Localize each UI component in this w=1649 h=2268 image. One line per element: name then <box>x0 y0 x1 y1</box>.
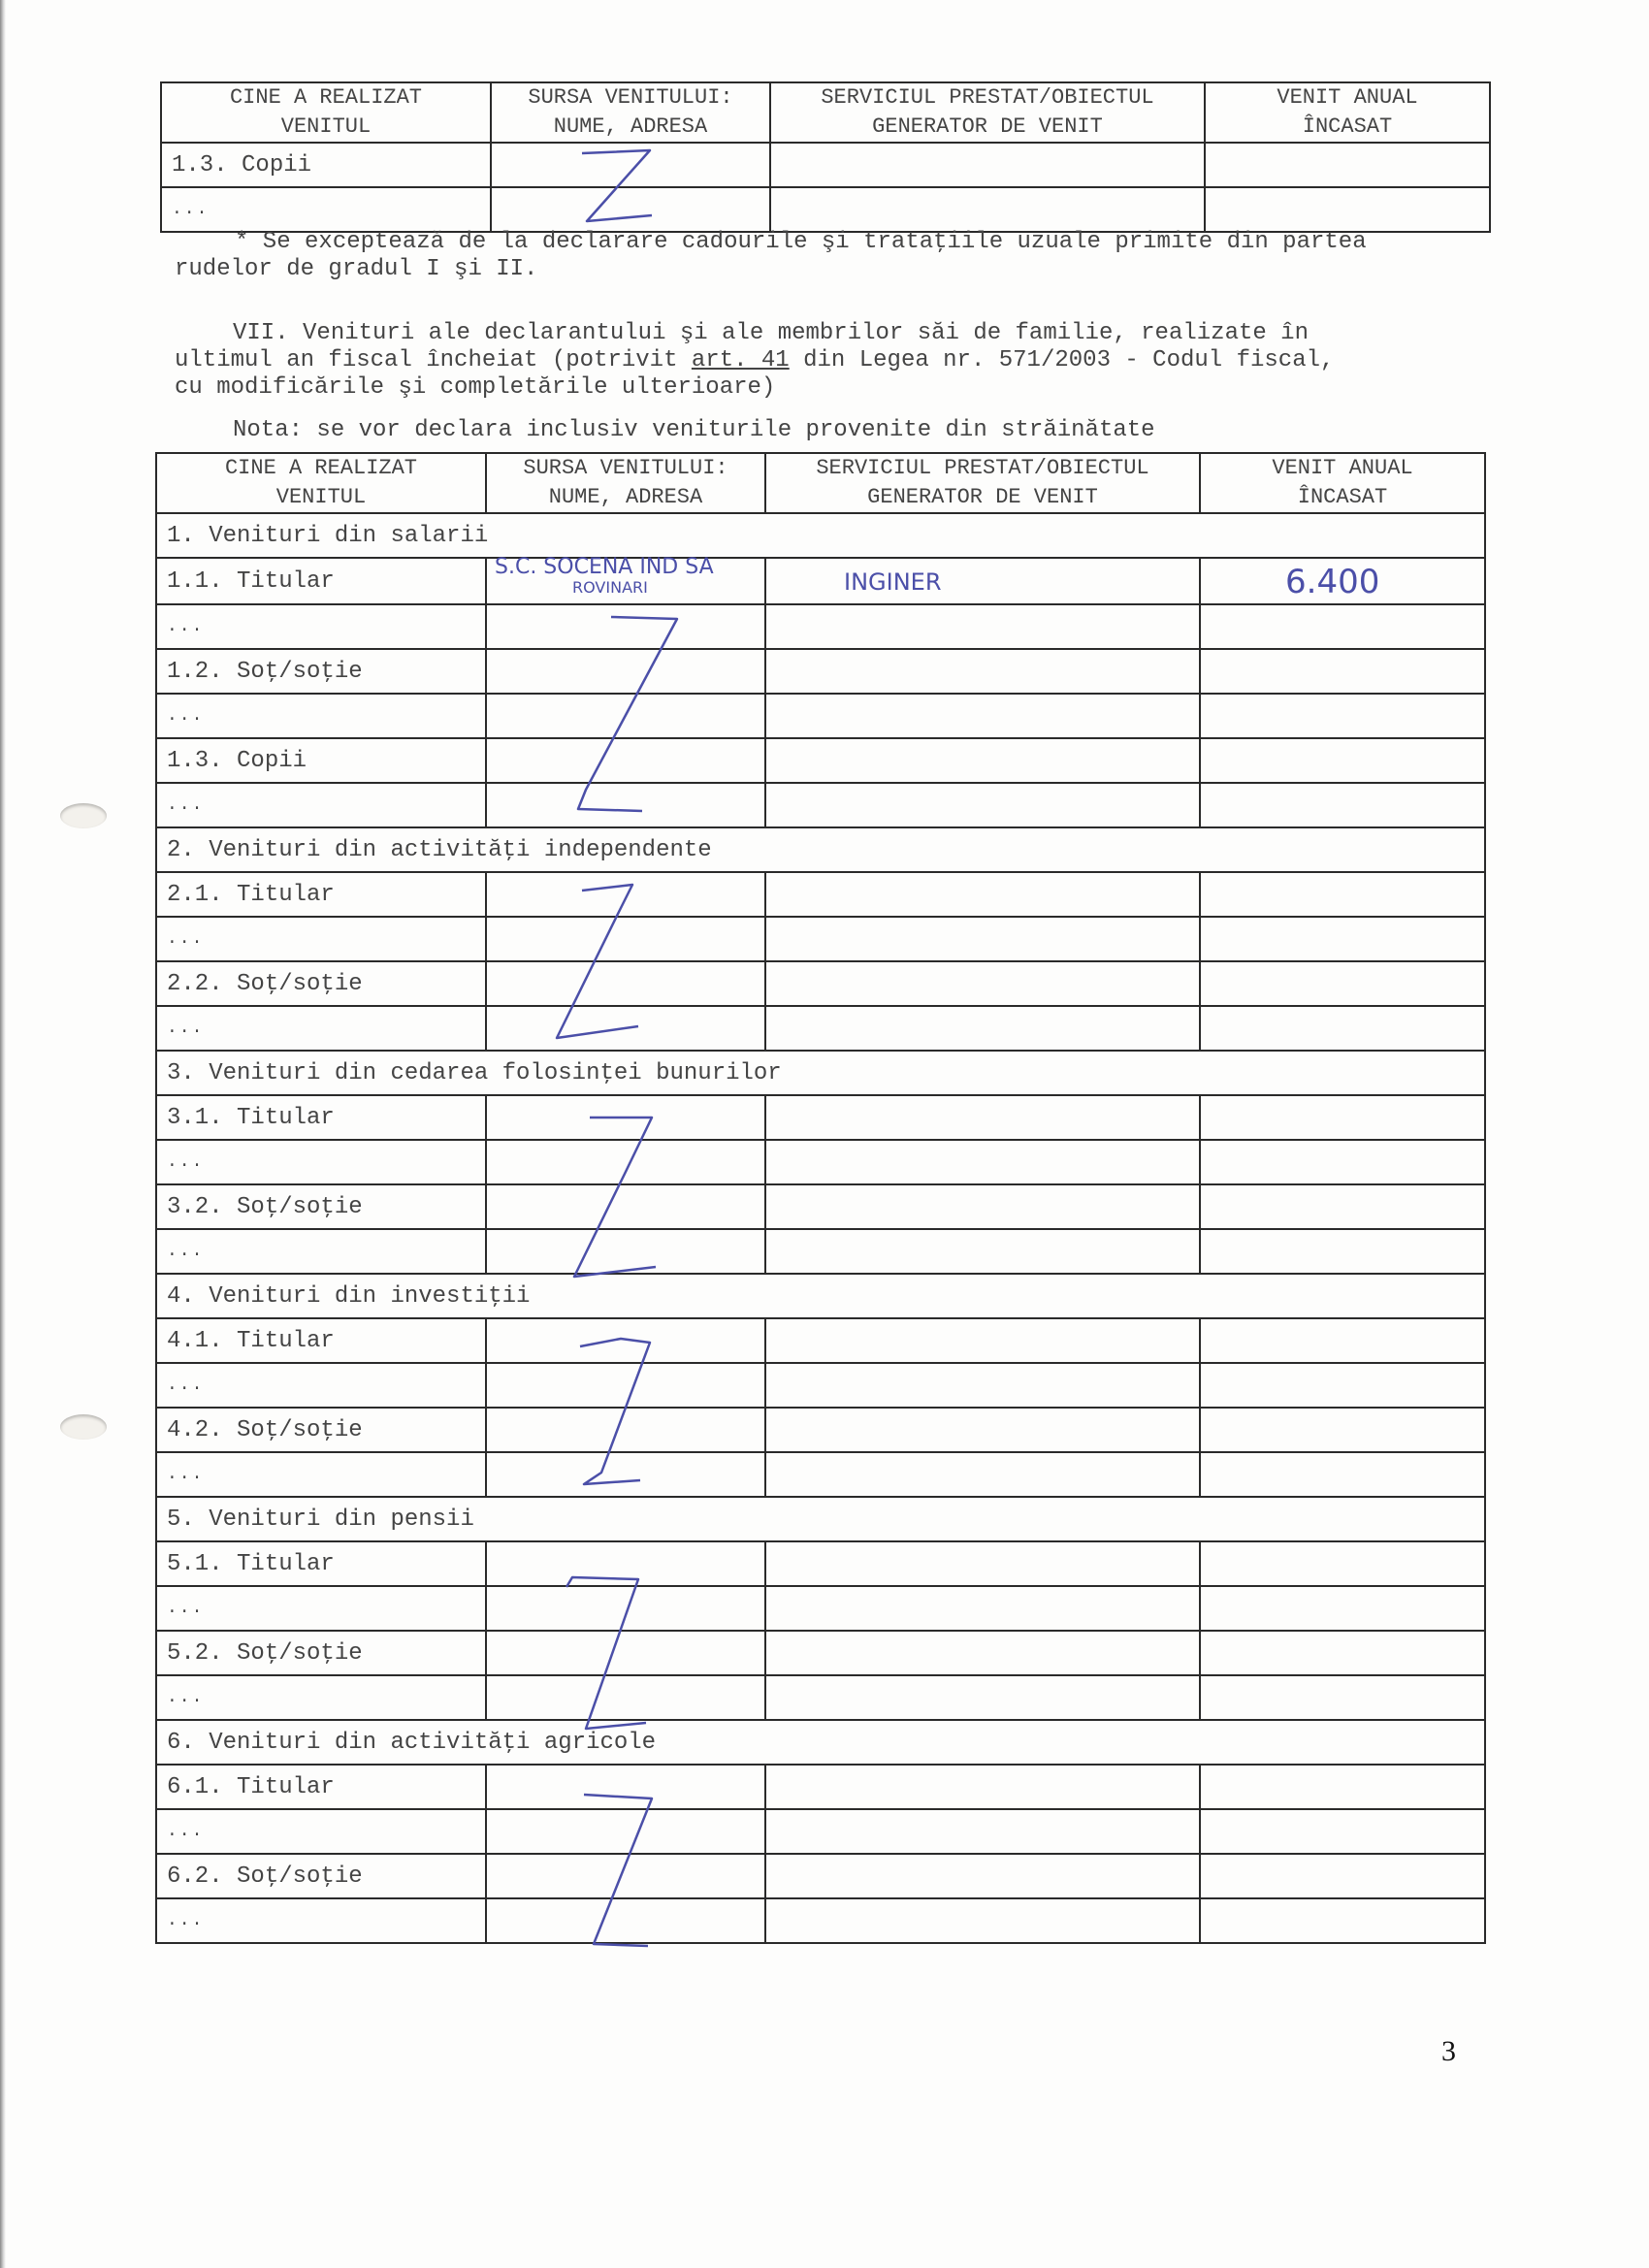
header-income: VENIT ANUALÎNCASAT <box>1200 453 1485 513</box>
table-row: 3.2. Soţ/soţie <box>156 1184 1485 1229</box>
scan-edge-shadow <box>0 0 6 2268</box>
table-row: 5.2. Soţ/soţie <box>156 1631 1485 1675</box>
top-income-table: CINE A REALIZATVENITUL SURSA VENITULUI:N… <box>160 81 1491 233</box>
page-number: 3 <box>1441 2035 1456 2068</box>
table-header-row: CINE A REALIZATVENITUL SURSA VENITULUI:N… <box>156 453 1485 513</box>
punch-hole <box>60 1414 107 1440</box>
table-row: 6.2. Soţ/soţie <box>156 1854 1485 1898</box>
punch-hole <box>60 803 107 828</box>
section-row-independent: 2. Venituri din activităţi independente <box>156 827 1485 872</box>
table-row: 5.1. Titular <box>156 1541 1485 1586</box>
section-row-property-use: 3. Venituri din cedarea folosinţei bunur… <box>156 1051 1485 1095</box>
footnote: * Se exceptează de la declarare cadouril… <box>175 229 1367 283</box>
table-row: ... <box>156 1140 1485 1184</box>
table-row: ... <box>156 1809 1485 1854</box>
foreign-income-note: Nota: se vor declara inclusiv veniturile… <box>233 417 1155 444</box>
header-source: SURSA VENITULUI:NUME, ADRESA <box>491 82 770 143</box>
table-row: 2.1. Titular <box>156 872 1485 917</box>
source-cell <box>491 143 770 187</box>
table-header-row: CINE A REALIZATVENITUL SURSA VENITULUI:N… <box>161 82 1490 143</box>
table-row: ... <box>156 1898 1485 1943</box>
table-row: ... <box>156 604 1485 649</box>
row-label: 1.3. Copii <box>161 143 491 187</box>
handwritten-source-line1: S.C. SOCENA IND SA <box>495 555 714 579</box>
table-row: ... <box>156 1363 1485 1408</box>
header-service: SERVICIUL PRESTAT/OBIECTULGENERATOR DE V… <box>770 82 1205 143</box>
income-cell <box>1205 143 1490 187</box>
table-row: 4.1. Titular <box>156 1318 1485 1363</box>
table-row: 4.2. Soţ/soţie <box>156 1408 1485 1452</box>
table-row: ... <box>156 1586 1485 1631</box>
handwritten-service: INGINER <box>844 568 942 596</box>
table-row: 2.2. Soţ/soţie <box>156 961 1485 1006</box>
header-who: CINE A REALIZATVENITUL <box>161 82 491 143</box>
handwritten-source-line2: ROVINARI <box>572 578 648 597</box>
source-cell <box>491 187 770 232</box>
header-service: SERVICIUL PRESTAT/OBIECTULGENERATOR DE V… <box>765 453 1200 513</box>
handwritten-income: 6.400 <box>1285 563 1379 601</box>
table-row: 3.1. Titular <box>156 1095 1485 1140</box>
table-row: ... <box>156 1452 1485 1497</box>
header-income: VENIT ANUALÎNCASAT <box>1205 82 1490 143</box>
table-row: ... <box>156 694 1485 738</box>
section-vii-intro: VII. Venituri ale declarantului şi ale m… <box>175 320 1334 402</box>
table-row: 6.1. Titular <box>156 1765 1485 1809</box>
section-row-salaries: 1. Venituri din salarii <box>156 513 1485 558</box>
row-label: ... <box>161 187 491 232</box>
table-row: ... <box>156 1229 1485 1274</box>
header-source: SURSA VENITULUI:NUME, ADRESA <box>486 453 765 513</box>
table-row: ... <box>156 917 1485 961</box>
section-row-pensions: 5. Venituri din pensii <box>156 1497 1485 1541</box>
service-cell <box>770 143 1205 187</box>
art-41-link[interactable]: art. 41 <box>692 347 790 373</box>
income-table: CINE A REALIZATVENITUL SURSA VENITULUI:N… <box>155 452 1486 1944</box>
table-row: ... <box>156 783 1485 827</box>
service-cell <box>770 187 1205 232</box>
table-row: ... <box>161 187 1490 232</box>
section-row-investments: 4. Venituri din investiţii <box>156 1274 1485 1318</box>
table-row: 1.3. Copii <box>156 738 1485 783</box>
section-row-agricultural: 6. Venituri din activităţi agricole <box>156 1720 1485 1765</box>
income-cell <box>1205 187 1490 232</box>
service-cell <box>765 558 1200 604</box>
table-row: ... <box>156 1675 1485 1720</box>
table-row: 1.2. Soţ/soţie <box>156 649 1485 694</box>
table-row: ... <box>156 1006 1485 1051</box>
table-row: 1.3. Copii <box>161 143 1490 187</box>
header-who: CINE A REALIZATVENITUL <box>156 453 486 513</box>
